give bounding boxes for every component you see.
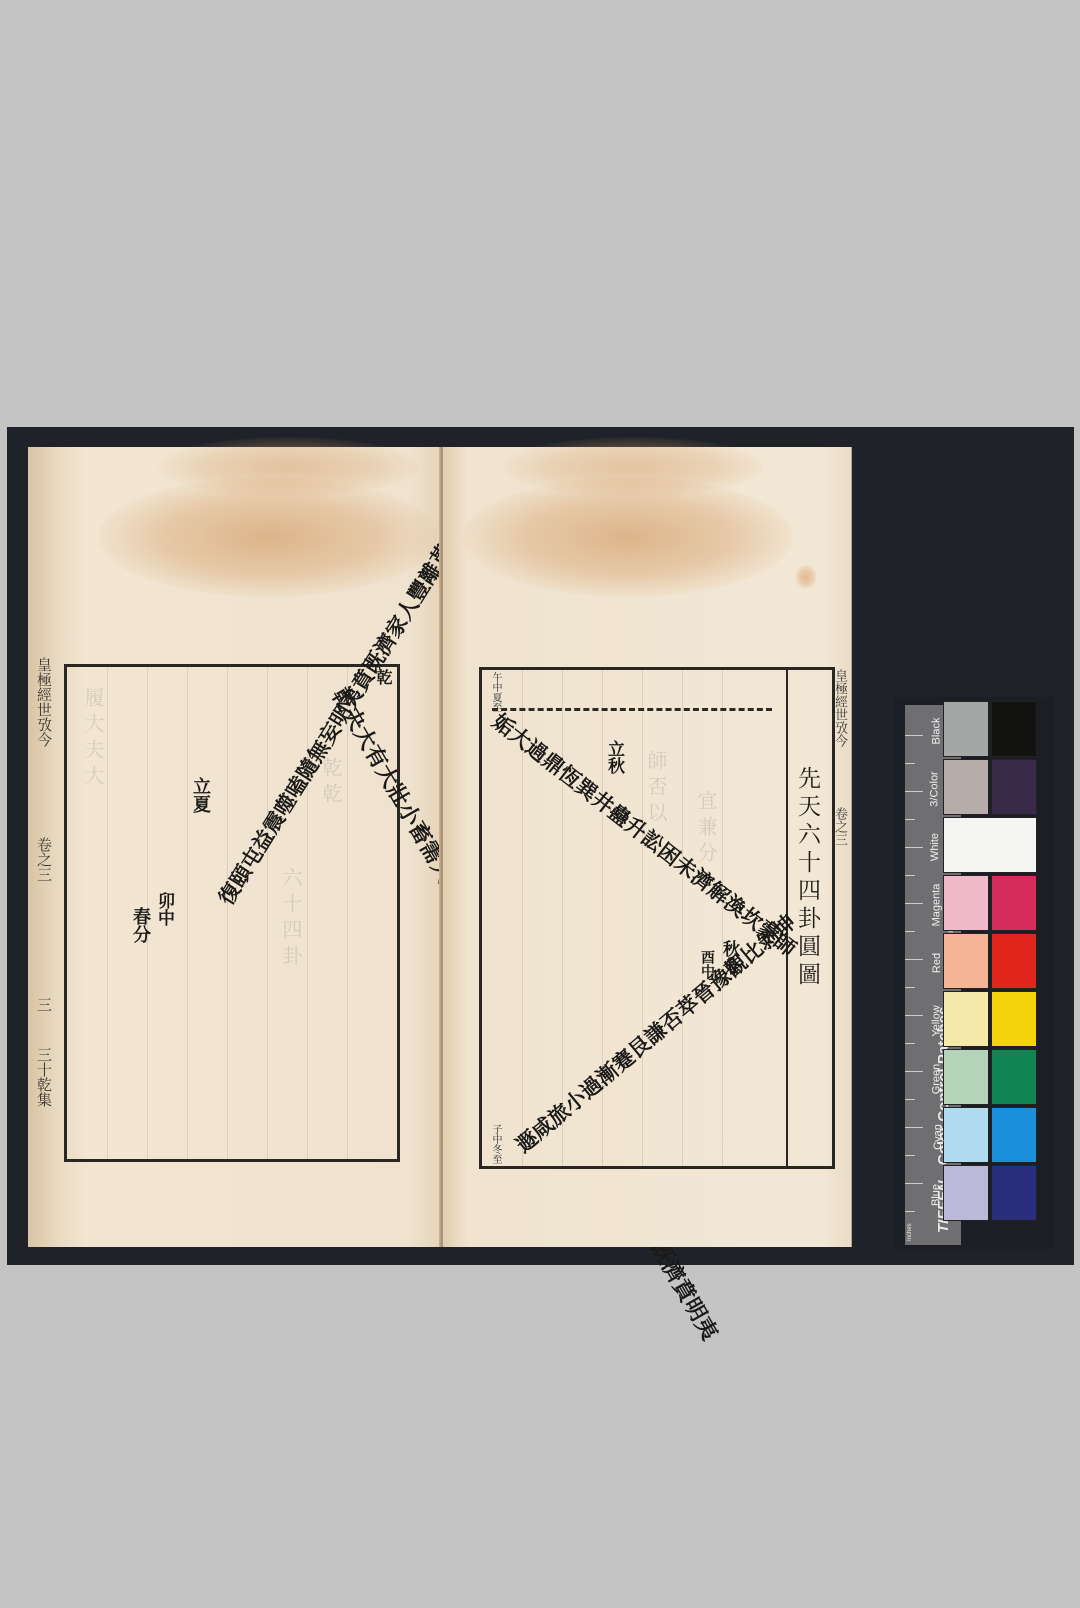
right-page-frame: 師否以 宜兼分 午中夏至 子中冬至 姤大過鼎恆巽井蠱升訟困未濟解渙坎蒙師 遯咸旅… [479,667,835,1169]
patch-yellow-dark [991,991,1037,1047]
patch-cyan-dark [991,1107,1037,1163]
spine-folio: 三 [34,997,55,1012]
corner-top-label: 午中夏至 [488,672,503,712]
patch-black-light [943,701,989,757]
spine-title: 皇極經世攷今 [34,657,55,857]
diagram-title: 先天六十四卦圓圖 [791,766,824,990]
left-page-frame: 履大夫大 六十四卦 乾乾 乾 乾夬大有大壯小畜需大畜泰履兌睽歸妹中孚節損臨同人革… [64,664,400,1162]
patch-label-red: Red [931,953,943,973]
patch-label-black: Black [930,718,942,745]
water-stain [795,565,817,589]
open-book: 皇極經世攷今 卷之三 三 三十乾集 履大夫大 六十四卦 乾乾 乾 乾夬大有大壯小… [28,447,851,1247]
diagram-arc-lower: 遯咸旅小過漸蹇艮謙否萃晉豫觀比剝坤 [512,911,799,1157]
corner-bottom-label: 子中冬至 [488,1124,503,1164]
spine-volume: 卷之三 [34,837,55,882]
patch-3color-dark [991,759,1037,815]
patch-magenta-dark [991,875,1037,931]
right-page: 師否以 宜兼分 午中夏至 子中冬至 姤大過鼎恆巽井蠱升訟困未濟解渙坎蒙師 遯咸旅… [443,447,852,1247]
water-stain [158,437,418,497]
label-liqiu: 立秋 [602,740,627,774]
patch-3color-light [943,759,989,815]
right-spine-volume: 卷之三 [830,807,849,846]
patch-blue-light [943,1165,989,1221]
patch-red-light [943,933,989,989]
tiffen-color-card: TIFFEN Color Control Patches © The Tiffe… [895,697,1055,1249]
patch-red-dark [991,933,1037,989]
label-youzhong: 酉中 [697,950,717,978]
patch-label-magenta: Magenta [930,884,942,927]
left-page: 皇極經世攷今 卷之三 三 三十乾集 履大夫大 六十四卦 乾乾 乾 乾夬大有大壯小… [28,447,443,1247]
label-maozhong: 卯中 [152,892,177,926]
label-qiufen: 秋分 [717,940,742,974]
patch-blue-dark [991,1165,1037,1221]
label-lixia: 立夏 [187,777,213,813]
spine-bottom: 三十乾集 [34,1047,55,1107]
dashed-guide [492,708,772,711]
patch-green-dark [991,1049,1037,1105]
patch-cyan-light [943,1107,989,1163]
patch-label-blue: Blue [930,1184,942,1206]
patch-white [943,817,1037,873]
label-chunfen: 春分 [127,907,153,943]
patch-label-white: White [929,833,941,861]
patch-green-light [943,1049,989,1105]
water-stain [503,437,763,497]
patch-label-green: Green [930,1064,942,1095]
patch-label-cyan: Cyan [932,1124,944,1150]
patch-label-3color: 3/Color [929,771,941,806]
diagram-arc-upper: 姤大過鼎恆巽井蠱升訟困未濟解渙坎蒙師 [489,710,800,959]
patch-yellow-light [943,991,989,1047]
patch-black-dark [991,701,1037,757]
right-spine-title: 皇極經世攷今 [830,669,849,747]
patch-magenta-light [943,875,989,931]
ruler-units-inches: Inches [907,1223,913,1241]
patch-label-yellow: Yellow [931,1005,943,1036]
